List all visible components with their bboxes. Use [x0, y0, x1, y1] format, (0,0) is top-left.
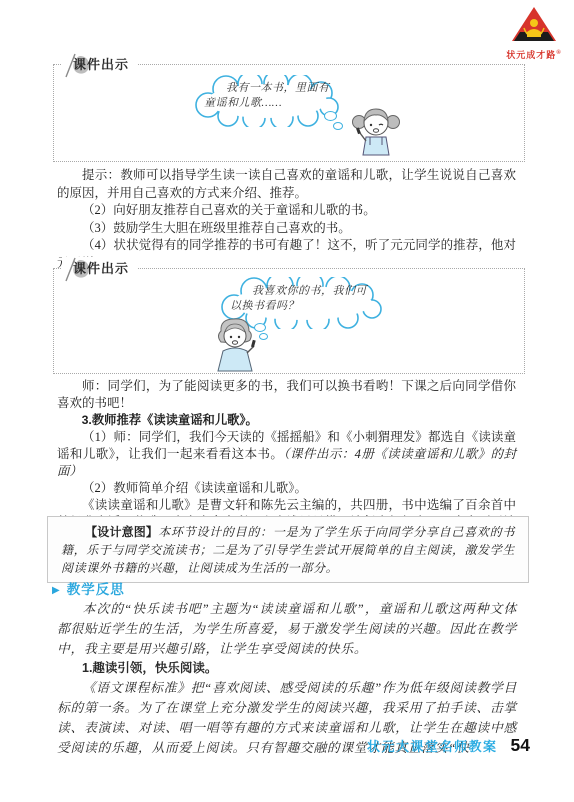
- thought-trail-dot: [333, 122, 343, 130]
- design-intent-label: 【设计意图】: [85, 525, 158, 539]
- boy-character-illustration: [206, 315, 262, 373]
- paragraph-teacher-line: 师：同学们，为了能阅读更多的书，我们可以换书看哟！下课之后向同学借你喜欢的书吧！: [57, 378, 516, 412]
- paragraph-step3-title: 3.教师推荐《读读童谣和儿歌》。: [57, 412, 516, 429]
- page-number: 54: [511, 735, 530, 756]
- brand-logo-icon: [511, 6, 557, 42]
- thought-trail-dot: [324, 111, 337, 121]
- courseware-label-2: 课件出示: [62, 257, 137, 281]
- paragraph-step3-item1: （1）师：同学们，我们今天读的《摇摇船》和《小刺猬理发》都选自《读读童谣和儿歌》…: [57, 429, 516, 480]
- speech-bubble-text-2: 我喜欢你的书，我们可以换书看吗？: [230, 284, 368, 314]
- triangle-bullet-icon: ▶: [52, 585, 61, 596]
- paragraph-step3-item2: （2）教师简单介绍《读读童谣和儿歌》。: [57, 480, 516, 497]
- courseware-box-2: 课件出示 我喜欢你的书，我们可以换书看吗？: [53, 268, 525, 374]
- registered-mark: ®: [556, 50, 561, 56]
- brand-logo-text: 状元成才路®: [502, 48, 566, 61]
- paragraph-item3: （3）鼓励学生大胆在班级里推荐自己喜欢的书。: [57, 220, 516, 238]
- design-intent-box: 【设计意图】本环节设计的目的：一是为了学生乐于向同学分享自己喜欢的书籍，乐于与同…: [47, 516, 529, 583]
- courseware-label-text: 课件出示: [73, 261, 129, 276]
- reflection-heading-text: 教学反思: [67, 582, 125, 597]
- reflection-heading: ▶教学反思: [52, 578, 125, 598]
- paragraph-hint: 提示：教师可以指导学生读一读自己喜欢的童谣和儿歌，让学生说说自己喜欢的原因，并用…: [57, 167, 516, 202]
- paragraph-item2: （2）向好朋友推荐自己喜欢的关于童谣和儿歌的书。: [57, 202, 516, 220]
- courseware-label-text: 课件出示: [73, 57, 129, 72]
- teaching-plan-page: 状元成才路® 课件出示 我有一本书，里面有童谣和儿歌……: [0, 0, 574, 802]
- brand-logo: 状元成才路®: [502, 6, 566, 61]
- reflection-subheading: 1.趣读引领，快乐阅读。: [57, 659, 517, 679]
- reflection-intro: 本次的“快乐读书吧”主题为“读读童谣和儿歌”，童谣和儿歌这两种文体都很贴近学生的…: [57, 600, 517, 659]
- footer-brand-text: 状元大课堂名师教案: [367, 736, 498, 755]
- speech-bubble-text-1: 我有一本书，里面有童谣和儿歌……: [204, 81, 340, 111]
- girl-character-illustration: [352, 101, 400, 159]
- page-footer: 状元大课堂名师教案 54: [367, 735, 530, 756]
- courseware-label-1: 课件出示: [62, 53, 137, 77]
- courseware-box-1: 课件出示 我有一本书，里面有童谣和儿歌……: [53, 64, 525, 162]
